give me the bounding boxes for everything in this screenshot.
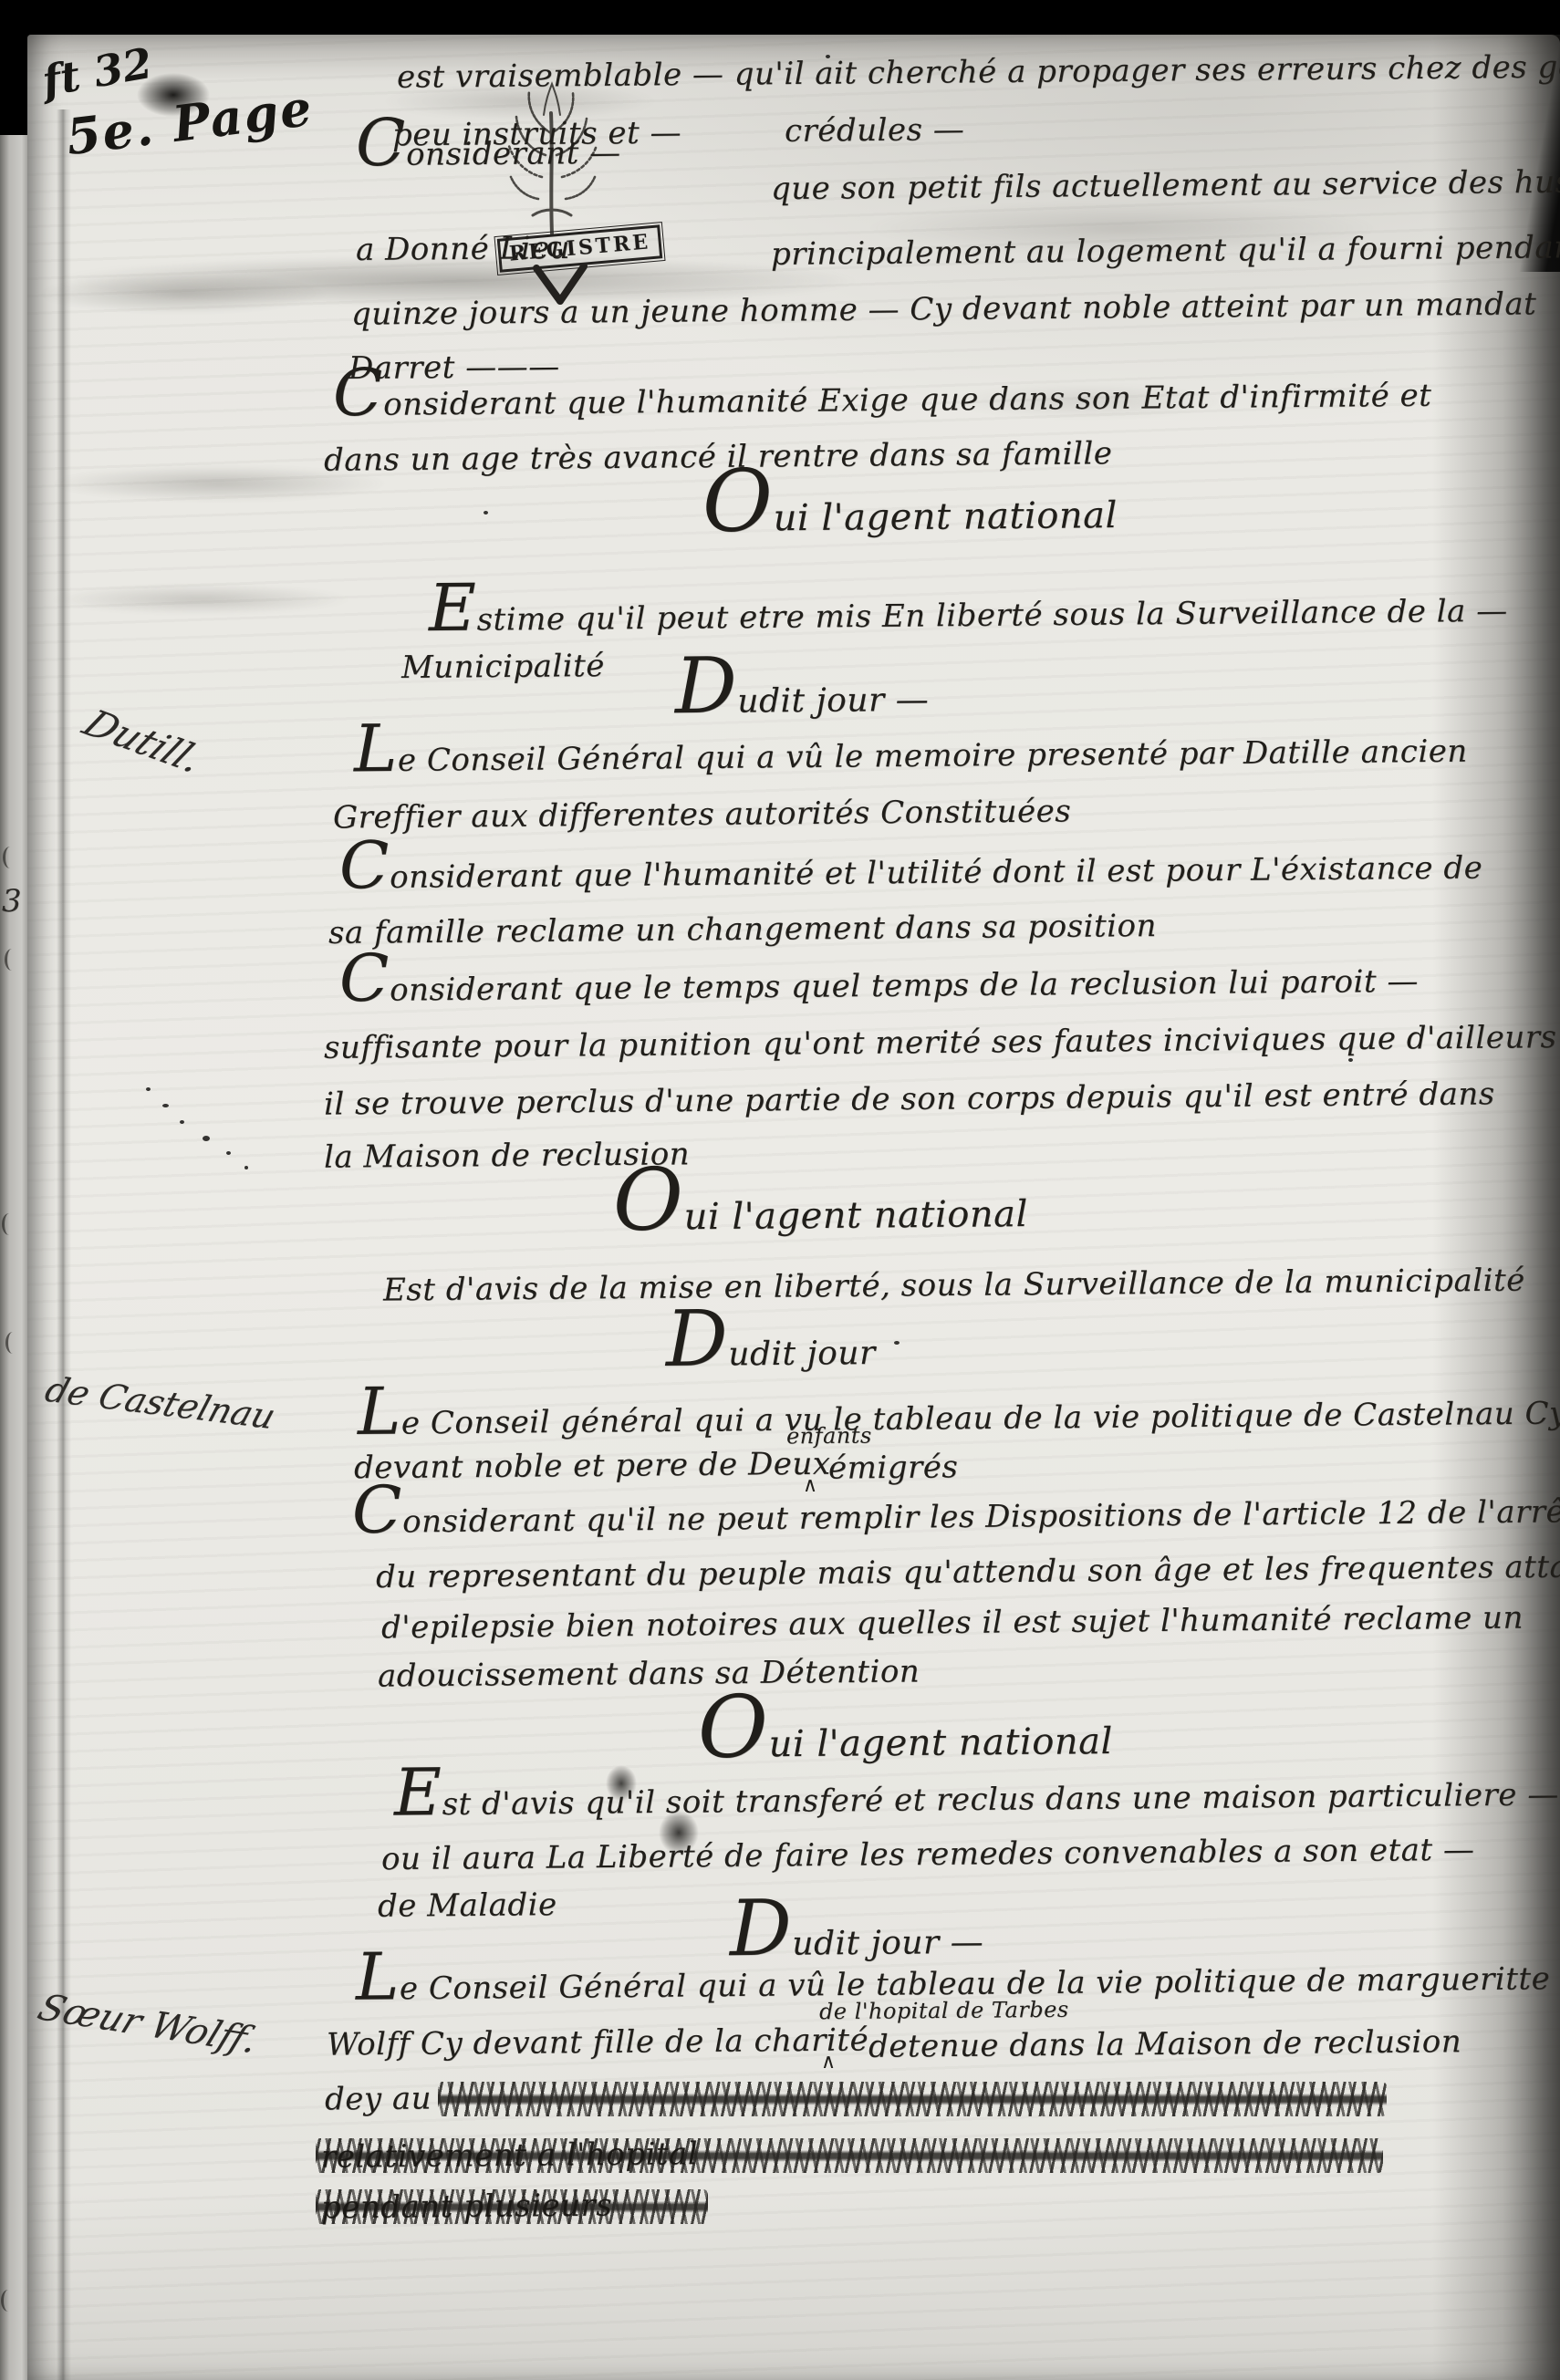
interline-insertion: enfants [786,1425,872,1449]
page-edge-mark [5,1332,20,1354]
body-line: devant noble et pere de Deux [354,1449,831,1485]
ink-speck [146,1087,151,1091]
section-heading: Dudit jour — [730,1926,983,1962]
section-heading: Oui l'agent national [698,1722,1113,1764]
body-line: de Maladie [378,1889,557,1923]
body-line: crédules — [785,114,965,148]
section-heading: Dudit jour — [675,683,929,720]
page-edge-mark [3,847,17,868]
page-edge-mark [5,949,19,971]
scanned-register-page: 3 ft 32 5e. Page REGISTRE Dutill. de Cas… [0,0,1560,2380]
page-edge-mark [1,2290,16,2312]
insertion-caret: ∧ [803,1474,817,1497]
section-heading: Oui l'agent national [702,496,1118,538]
body-line: émigrés [828,1451,959,1485]
ink-speck [894,1341,900,1345]
ink-speck [162,1104,169,1107]
insertion-caret: ∧ [821,2051,836,2073]
section-heading: Dudit jour [666,1336,876,1373]
ink-bleed-smear [36,274,328,314]
interline-insertion: de l'hopital de Tarbes [819,1999,1069,2024]
ink-speck [1348,1058,1353,1062]
body-line: a Donné Lieu [356,233,570,267]
body-line: Wolff Cy devant fille de la charité [327,2024,868,2062]
body-line: Greffier aux differentes autorités Const… [333,795,1072,835]
binding-crease [57,109,71,2380]
struck-line-start: dey au [325,2083,432,2116]
ink-speck [226,1151,231,1155]
body-line: Considerant — [356,138,621,172]
body-line: Municipalité [401,650,605,685]
previous-page-edge [0,135,31,2380]
body-line: detenue dans la Maison de reclusion [868,2026,1461,2063]
scribble-strike [316,2138,1383,2173]
body-line: sa famille reclame un changement dans sa… [328,910,1157,951]
edge-folio-number: 3 [2,883,22,920]
scribble-strike [316,2189,708,2224]
ink-speck [484,511,488,514]
body-line: principalement au logement qu'il a fourn… [771,232,1560,271]
page-edge-mark [2,1213,16,1235]
scribble-strike [438,2082,1387,2116]
body-line: adoucissement dans sa Détention [378,1656,920,1693]
body-line: que son petit fils actuellement au servi… [771,166,1560,206]
ink-speck [244,1166,248,1169]
ink-speck [180,1120,184,1124]
ink-bleed-smear [50,584,351,615]
section-heading: Oui l'agent national [613,1195,1028,1237]
ink-speck [203,1136,210,1141]
